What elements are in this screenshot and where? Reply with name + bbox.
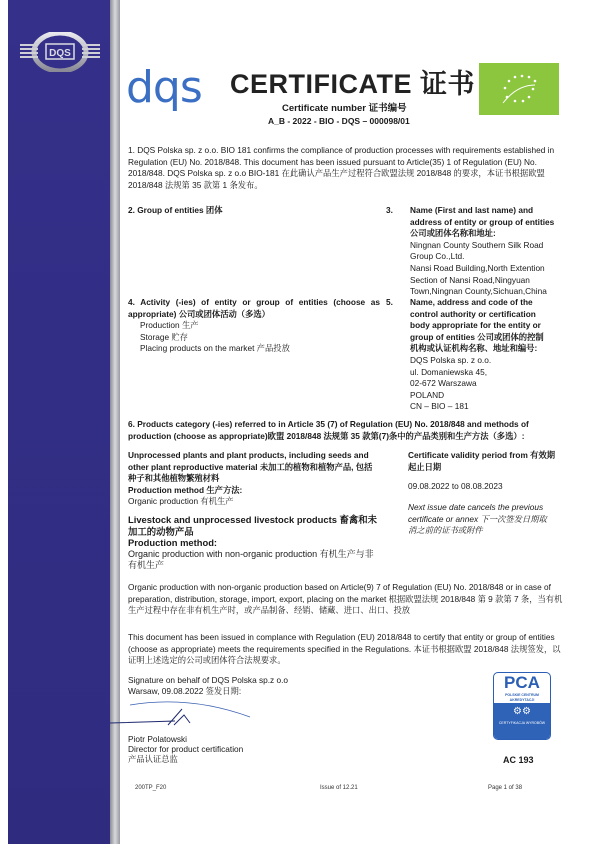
section-2-group-of-entities: 2. Group of entities 团体 <box>128 205 328 217</box>
pca-scope: CERTYFIKACJA WYROBÓW <box>494 721 550 726</box>
control-body-code: CN – BIO – 181 <box>410 401 550 413</box>
dqs-seal-logo: DQS <box>18 32 102 72</box>
entity-address: Nansi Road Building,North Extention Sect… <box>410 263 560 298</box>
section-3-entity: Name (First and last name) and address o… <box>410 205 560 298</box>
production-method-label: Production method 生产方法: <box>128 485 373 497</box>
section-6-label: 6. Products category (-ies) referred to … <box>128 419 568 442</box>
signatory-role-cn: 产品认证总监 <box>128 754 178 766</box>
section-4-label: 4. Activity (-ies) of entity or group of… <box>128 297 380 320</box>
certificate-number-label: Certificate number 证书编号 <box>282 100 407 114</box>
gears-icon: ⚙⚙ <box>494 703 550 721</box>
svg-text:DQS: DQS <box>49 48 71 59</box>
category-title: Livestock and unprocessed livestock prod… <box>128 514 378 537</box>
pca-accreditation-logo: PCA POLSKIE CENTRUM AKREDYTACJI ⚙⚙ CERTY… <box>493 672 551 740</box>
activity-item: Placing products on the market 产品投放 <box>128 343 380 355</box>
production-method-label: Production method: <box>128 537 378 549</box>
certificate-number: A_B - 2022 - BIO - DQS – 000098/01 <box>268 116 410 126</box>
activity-item: Production 生产 <box>128 320 380 332</box>
pca-name: POLSKIE CENTRUM AKREDYTACJI <box>494 693 550 703</box>
eu-organic-leaf-logo <box>479 63 559 115</box>
control-body-line: DQS Polska sp. z o.o. <box>410 355 550 367</box>
validity-label: Certificate validity period from 有效期起止日期 <box>408 450 558 473</box>
section-3-number: 3. <box>386 205 393 217</box>
control-body-line: POLAND <box>410 390 550 402</box>
production-method-value: Organic production with non-organic prod… <box>128 549 378 572</box>
section-5-number: 5. <box>386 297 393 309</box>
control-body-line: 02-672 Warszawa <box>410 378 550 390</box>
dqs-brand-wordmark: dqs <box>126 66 202 110</box>
control-body-line: ul. Domaniewska 45, <box>410 367 550 379</box>
pca-logo-text: PCA <box>494 673 550 693</box>
next-issue-note: Next issue date cancels the previous cer… <box>408 502 550 537</box>
section-3-label: Name (First and last name) and address o… <box>410 205 560 240</box>
product-category-livestock: Livestock and unprocessed livestock prod… <box>128 514 378 572</box>
product-category-plants: Unprocessed plants and plant products, i… <box>128 450 373 508</box>
non-organic-note: Organic production with non-organic prod… <box>128 582 568 617</box>
sidebar-band <box>8 0 112 844</box>
category-title: Unprocessed plants and plant products, i… <box>128 450 373 485</box>
signature-on-behalf: Signature on behalf of DQS Polska sp.z o… <box>128 675 288 687</box>
section-5-label: Name, address and code of the control au… <box>410 297 550 355</box>
production-method-value: Organic production 有机生产 <box>128 496 373 508</box>
footer-issue: Issue of 12.21 <box>320 785 358 791</box>
section-4-activities: 4. Activity (-ies) of entity or group of… <box>128 297 380 355</box>
signature-mark <box>110 695 300 730</box>
validity-period: 09.08.2022 to 08.08.2023 <box>408 481 503 493</box>
section-1-statement: 1. DQS Polska sp. z o.o. BIO 181 confirm… <box>128 145 566 191</box>
footer-page-number: Page 1 of 38 <box>488 785 522 791</box>
accreditation-code: AC 193 <box>503 755 534 765</box>
page-title: CERTIFICATE 证书 <box>230 62 475 101</box>
entity-name: Ningnan County Southern Silk Road Group … <box>410 240 560 263</box>
compliance-statement: This document has been issued in complan… <box>128 632 568 667</box>
section-5-control-body: Name, address and code of the control au… <box>410 297 550 413</box>
activity-item: Storage 贮存 <box>128 332 380 344</box>
footer-form-code: 200TP_F20 <box>135 785 166 791</box>
